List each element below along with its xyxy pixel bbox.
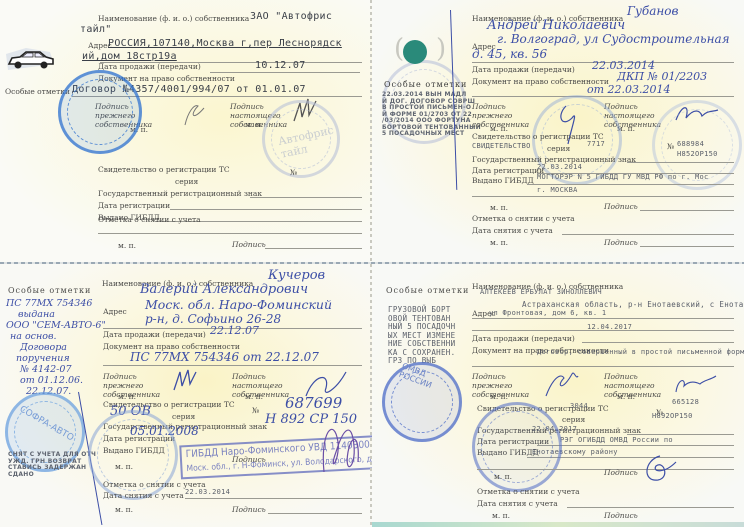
dereg-date-label: Дата снятия с учета	[477, 499, 558, 508]
owner-name-value: АЛТЕКЕЕВ ЕРБУЛАТ ЗИНОЛЛЕВИЧ	[480, 288, 602, 296]
owner-name-value: ЗАО "Автофрис	[250, 11, 332, 22]
seal-mark: м. п.	[617, 392, 635, 401]
cur-owner-signature	[672, 372, 722, 396]
address-value: Моск. обл. Наро-Фоминский	[145, 297, 332, 312]
seal-mark: м. п.	[245, 120, 263, 129]
page-fold-horizontal	[0, 262, 744, 264]
signature-label: Подпись	[232, 505, 266, 514]
state-plate-label: Государственный регистрационный знак	[98, 189, 262, 198]
address-cont: ул Фронтовая, дом 6, кв. 1	[489, 309, 606, 317]
series-label: серия	[172, 412, 195, 421]
sale-date-label: Дата продажи (передачи)	[472, 334, 575, 343]
reg-number-value: 687699	[285, 394, 342, 412]
owner-entry-3: Особые отметки ПС 77МХ 754346 выдана ООО…	[0, 262, 372, 527]
sale-date-value: 10.12.07	[255, 60, 306, 71]
reg-number-value: 665128	[672, 398, 699, 406]
special-notes-list: 22.03.2014 ВЫН МАДЛ Й ДОГ. ДОГОВОР СОВРШ…	[382, 92, 481, 138]
seal-mark: м. п.	[490, 392, 508, 401]
owner-name-label: Наименование (ф. и. о.) собственника	[98, 14, 249, 23]
prev-owner-signature	[180, 100, 210, 128]
ownership-doc-value: Договор, совершенный в простой письменно…	[537, 348, 744, 356]
special-notes-label: Особые отметки	[386, 286, 469, 295]
owner-name-value: Кучеров	[268, 268, 325, 283]
seal-mark: м. п.	[115, 505, 133, 514]
signature-label: Подпись	[604, 238, 638, 247]
ownership-doc-value: ПС 77МХ 754346 от 22.12.07	[130, 350, 319, 364]
number-sign: №	[252, 406, 259, 415]
special-notes-label: Особые отметки	[5, 87, 70, 96]
owner-name-cont: тайл"	[80, 24, 112, 35]
seal-mark: м. п.	[118, 241, 136, 250]
car-icon	[6, 48, 56, 72]
seal-mark: м. п.	[245, 392, 263, 401]
issued-by-label: Выдано ГИБДД	[472, 176, 534, 185]
reg-cert-label: Свидетельство о регистрации ТС	[472, 132, 604, 141]
page-edge	[372, 522, 744, 527]
issued-by-value: МОГТОРЭР N 5 ГИБДД ГУ МВД РФ по г. Мос	[537, 173, 709, 181]
vehicle-passport-scan: Наименование (ф. и. о.) собственника ЗАО…	[0, 0, 744, 527]
ownership-doc-cont: от 22.03.2014	[587, 83, 671, 96]
reg-date-label: Дата регистрации	[98, 201, 170, 210]
reg-cert-label: Свидетельство о регистрации ТС	[98, 165, 230, 174]
reg-series-value: 3044	[570, 402, 588, 410]
prev-owner-sig-label: Подпись прежнего собственника	[103, 372, 173, 399]
sale-date-label: Дата продажи (передачи)	[472, 65, 575, 74]
reg-date-value: 22.03.2014	[537, 163, 582, 171]
issued-by-cont: г. МОСКВА	[537, 186, 578, 194]
reg-series-value: 7717	[587, 140, 605, 148]
signature-label: Подпись	[604, 468, 638, 477]
signature-label: Подпись	[232, 455, 266, 464]
series-label: серия	[175, 177, 198, 186]
seal-mark: м. п.	[494, 472, 512, 481]
special-notes-typed: СНЯТ С УЧЕТА ДЛЯ ОТЧ УЖД. ГРН ВОЗВРАТ СТ…	[8, 452, 96, 478]
seal-mark: м. п.	[490, 238, 508, 247]
ownership-doc-value: ДКП № 01/2203	[617, 70, 707, 83]
address-value: РОССИЯ,107140,Москва г,пер Леснорядск	[108, 38, 342, 49]
dereg-date-value: 22.03.2014	[185, 488, 230, 496]
address-cont: д. 45, кв. 56	[472, 47, 547, 61]
sale-date-label: Дата продажи (передачи)	[98, 62, 201, 71]
issued-by-value: РЭГ ОГИБДД ОМВД России по	[560, 436, 673, 444]
state-plate-value: Н892ОР150	[652, 412, 693, 420]
registration-stamp	[472, 402, 562, 492]
address-cont: ий,дом 18стр19а	[82, 51, 177, 62]
sale-date-label: Дата продажи (передачи)	[103, 330, 206, 339]
state-plate-value: Н852ОР150	[677, 150, 718, 158]
reg-date-label: Дата регистрации	[472, 166, 544, 175]
number-sign: №	[667, 142, 674, 151]
special-notes-label: Особые отметки	[384, 80, 467, 89]
reg-number-value: 688984	[677, 140, 704, 148]
owner-name-cont: Андрей Николаевич	[487, 18, 625, 33]
prev-owner-signature	[542, 366, 582, 400]
owner-entry-4: Особые отметки ГРУЗОВОЙ БОРТ ОВОЙ ТЕНТОВ…	[372, 262, 744, 527]
sale-date-value: 22.12.07	[210, 324, 259, 337]
owner-name-cont: Валерий Александрович	[140, 282, 308, 297]
special-notes-handwritten: ПС 77МХ 754346 выдана ООО "СЕМ-АВТО-6" н…	[6, 298, 106, 397]
registration-signature	[318, 412, 362, 482]
seal-mark: м. п.	[115, 462, 133, 471]
number-sign: №	[290, 168, 297, 177]
dereg-mark-label: Отметка о снятии с учета	[477, 487, 580, 496]
special-notes-list: ГРУЗОВОЙ БОРТ ОВОЙ ТЕНТОВАН НЫЙ 5 ПОСАДО…	[388, 306, 455, 366]
seal-mark: м. п.	[490, 203, 508, 212]
signature-label: Подпись	[232, 240, 266, 249]
teal-dot-marker	[403, 40, 427, 64]
owner-name-value: Губанов	[627, 4, 679, 18]
address-label: Адрес	[103, 307, 127, 316]
special-notes-label: Особые отметки	[8, 286, 91, 295]
owner-entry-2: ( ) Особые отметки 22.03.2014 ВЫН МАДЛ Й…	[372, 0, 744, 262]
series-label: серия	[547, 144, 570, 153]
dereg-date-label: Дата снятия с учета	[472, 226, 553, 235]
dereg-mark-label: Отметка о снятии с учета	[472, 214, 575, 223]
company-stamp-faint: Автофрис тайл	[262, 100, 340, 178]
seal-mark: м. п.	[492, 511, 510, 520]
prev-owner-signature	[170, 366, 200, 394]
signature-label: Подпись	[604, 202, 638, 211]
police-stamp: ОМВД РОССИИ	[382, 362, 462, 442]
reg-cert-typed: СВИДЕТЕЛЬСТВО	[472, 142, 531, 150]
company-stamp	[58, 70, 142, 154]
dereg-mark-label: Отметка о снятии с учета	[98, 215, 201, 224]
address-value: Астраханская область, р-н Енотаевский, с…	[522, 300, 744, 309]
registration-signature	[640, 452, 680, 488]
address-value: г. Волгоград, ул Судостроительная	[497, 32, 730, 46]
dereg-date-label: Дата снятия с учета	[103, 491, 184, 500]
signature-label: Подпись	[604, 511, 638, 520]
series-label: серия	[562, 415, 585, 424]
